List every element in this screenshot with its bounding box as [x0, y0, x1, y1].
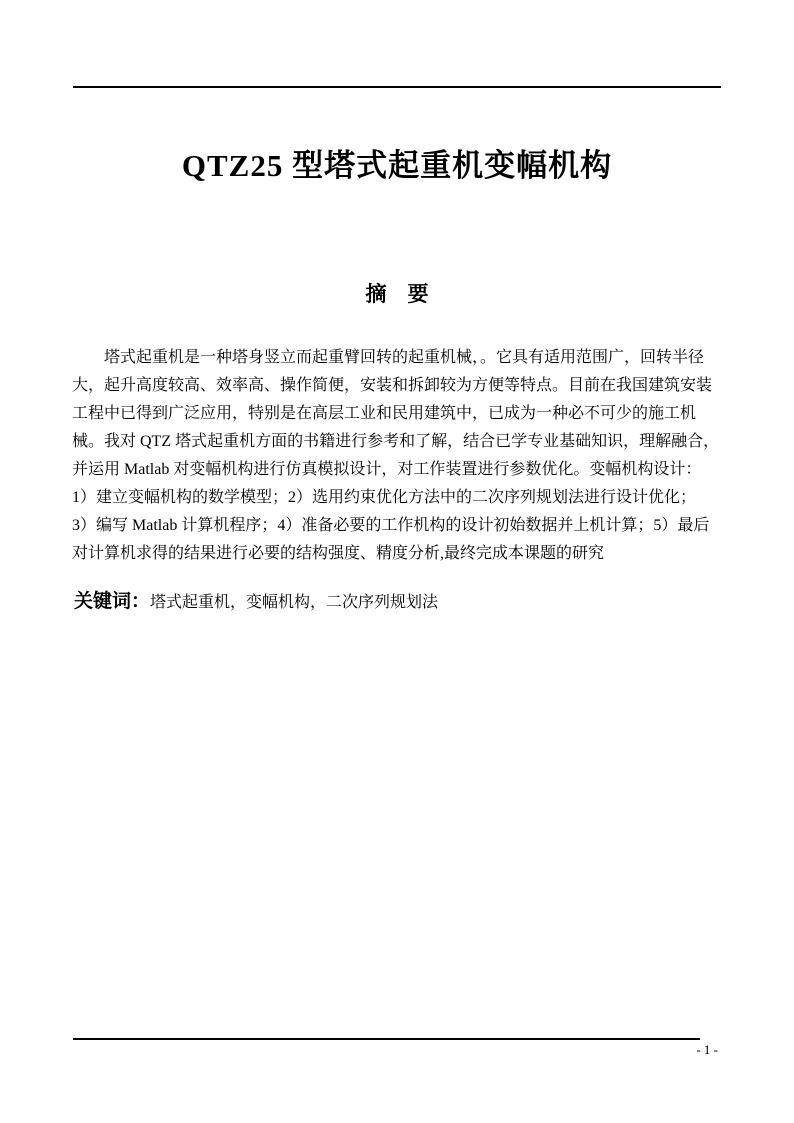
footer-rule [73, 1038, 700, 1040]
document-title: QTZ25 型塔式起重机变幅机构 [72, 146, 722, 186]
keywords-line: 关键词：塔式起重机，变幅机构，二次序列规划法 [74, 588, 724, 617]
header-rule [73, 86, 721, 88]
abstract-heading: 摘 要 [72, 281, 722, 307]
document-page: QTZ25 型塔式起重机变幅机构 摘 要 塔式起重机是一种塔身竖立而起重臂回转的… [0, 0, 794, 1123]
page-number: - 1 - [696, 1042, 718, 1058]
keywords-text: 塔式起重机，变幅机构，二次序列规划法 [150, 594, 438, 611]
abstract-body-text: 塔式起重机是一种塔身竖立而起重臂回转的起重机械，。它具有适用范围广，回转半径 大… [72, 344, 726, 568]
keywords-label: 关键词： [74, 591, 150, 612]
